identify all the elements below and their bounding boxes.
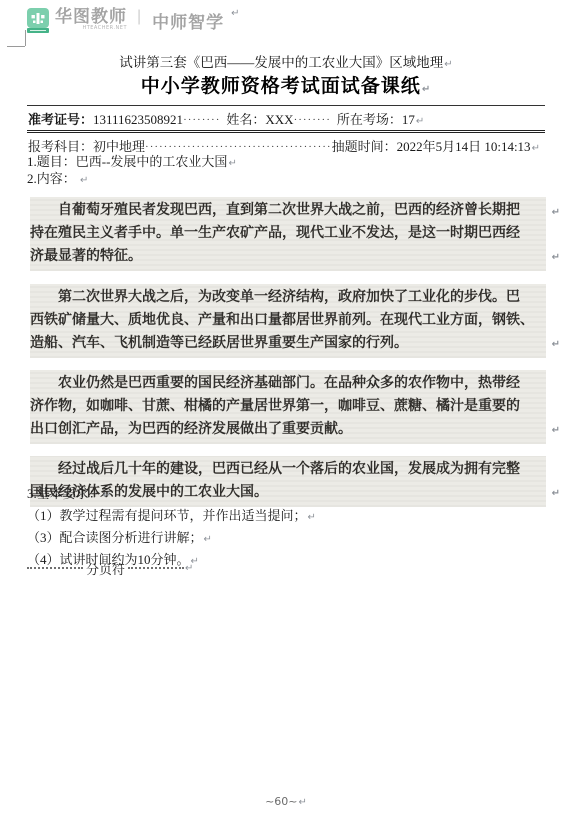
page-number: ~60~	[265, 795, 297, 808]
requirements-label-line: 3.基本要求：↵	[27, 484, 316, 506]
document-title: 中小学教师资格考试面试备课纸↵	[0, 71, 572, 98]
document-subtitle-text: 试讲第三套《巴西——发展中的工农业大国》区域地理	[119, 55, 443, 70]
content-label: 2.内容：	[27, 171, 76, 186]
passage-paragraph-3-text: 农业仍然是巴西重要的国民经济基础部门。在品种众多的农作物中，热带经济作物，如咖啡…	[30, 376, 520, 437]
page-break-label: 分页符	[86, 559, 125, 578]
paragraph-mark: ↵	[103, 490, 111, 501]
paragraph-mark: ↵	[524, 419, 560, 442]
logo-separator: |	[137, 8, 142, 26]
dotted-leader: ········	[183, 114, 220, 126]
paragraph-mark: ↵	[416, 116, 424, 127]
question-label: 1.题目：	[27, 154, 76, 169]
logo-brand-text: 华图教师	[55, 8, 127, 25]
page-footer: ~60~↵	[0, 795, 572, 808]
paragraph-mark: ↵	[422, 84, 431, 95]
huatu-logo-icon	[27, 8, 49, 33]
page-break-dotted-line-left	[27, 566, 83, 569]
draw-time-label: 抽题时间：	[332, 139, 397, 154]
requirements-label: 3.基本要求：	[27, 486, 102, 501]
document-subtitle: 试讲第三套《巴西——发展中的工农业大国》区域地理↵	[0, 51, 572, 71]
candidate-info-table: 准考证号：13111623508921········姓名：XXX·······…	[27, 105, 545, 157]
paragraph-mark: ↵	[308, 512, 316, 523]
logo-brand-block: 华图教师 HTEACHER.NET	[55, 8, 127, 31]
paragraph-mark: ↵	[204, 534, 212, 545]
passage-paragraph-2-text: 第二次世界大战之后，为改变单一经济结构，政府加快了工业化的步伐。巴西铁矿储量大、…	[30, 290, 534, 351]
passage-paragraph-1: 自葡萄牙殖民者发现巴西，直到第二次世界大战之前，巴西的经济曾长期把持在殖民主义者…	[30, 197, 546, 271]
content-label-line: 2.内容： ↵	[27, 168, 88, 187]
document-title-text: 中小学教师资格考试面试备课纸	[141, 76, 421, 97]
requirement-item: （1）教学过程需有提问环节，并作出适当提问；↵	[27, 506, 316, 528]
scanned-passage: 自葡萄牙殖民者发现巴西，直到第二次世界大战之前，巴西的经济曾长期把持在殖民主义者…	[30, 197, 546, 519]
paragraph-mark: ↵	[185, 563, 193, 574]
site-logo: 华图教师 HTEACHER.NET | 中师智学 ↵	[27, 8, 240, 33]
logo-product-text: 中师智学	[152, 8, 224, 33]
margin-crop-mark-vertical	[25, 30, 26, 46]
room-value: 17	[402, 112, 415, 127]
dotted-leader: ········	[294, 114, 331, 126]
paragraph-mark: ↵	[532, 143, 540, 154]
paragraph-mark: ↵	[299, 797, 307, 808]
draw-time-value: 2022年5月14日 10:14:13	[397, 139, 531, 154]
requirement-item-1-text: （1）教学过程需有提问环节，并作出适当提问；	[27, 508, 307, 523]
exam-no-label: 准考证号：	[28, 112, 93, 127]
candidate-info-row-1: 准考证号：13111623508921········姓名：XXX·······…	[27, 106, 545, 133]
requirement-item-2-text: （3）配合读图分析进行讲解；	[27, 530, 203, 545]
passage-paragraph-1-text: 自葡萄牙殖民者发现巴西，直到第二次世界大战之前，巴西的经济曾长期把持在殖民主义者…	[30, 203, 520, 264]
paragraph-mark: ↵	[444, 59, 452, 70]
paragraph-mark: ↵	[231, 8, 239, 19]
page-break-dotted-line-right	[128, 566, 184, 569]
name-label: 姓名：	[226, 112, 265, 127]
paragraph-mark: ↵	[228, 158, 236, 169]
paragraph-mark: ↵	[524, 482, 560, 505]
paragraph-mark: ↵	[524, 333, 560, 356]
question-text: 巴西--发展中的工农业大国	[76, 154, 228, 169]
exam-no-value: 13111623508921	[93, 112, 183, 127]
margin-crop-mark-horizontal	[7, 46, 25, 47]
requirement-item: （3）配合读图分析进行讲解；↵	[27, 528, 316, 550]
page-break-marker: 分页符 ↵	[27, 559, 193, 578]
exam-prep-document-page: { "colors": { "brand_green": "#7CCFAD", …	[0, 0, 572, 815]
logo-brand-domain: HTEACHER.NET	[55, 26, 127, 31]
paragraph-mark: ↵	[524, 201, 560, 224]
paragraph-mark: ↵	[524, 246, 560, 269]
passage-paragraph-3: 农业仍然是巴西重要的国民经济基础部门。在品种众多的农作物中，热带经济作物，如咖啡…	[30, 370, 546, 444]
name-value: XXX	[265, 112, 293, 127]
passage-paragraph-2: 第二次世界大战之后，为改变单一经济结构，政府加快了工业化的步伐。巴西铁矿储量大、…	[30, 284, 546, 358]
room-label: 所在考场：	[337, 112, 402, 127]
paragraph-mark: ↵	[80, 175, 88, 186]
